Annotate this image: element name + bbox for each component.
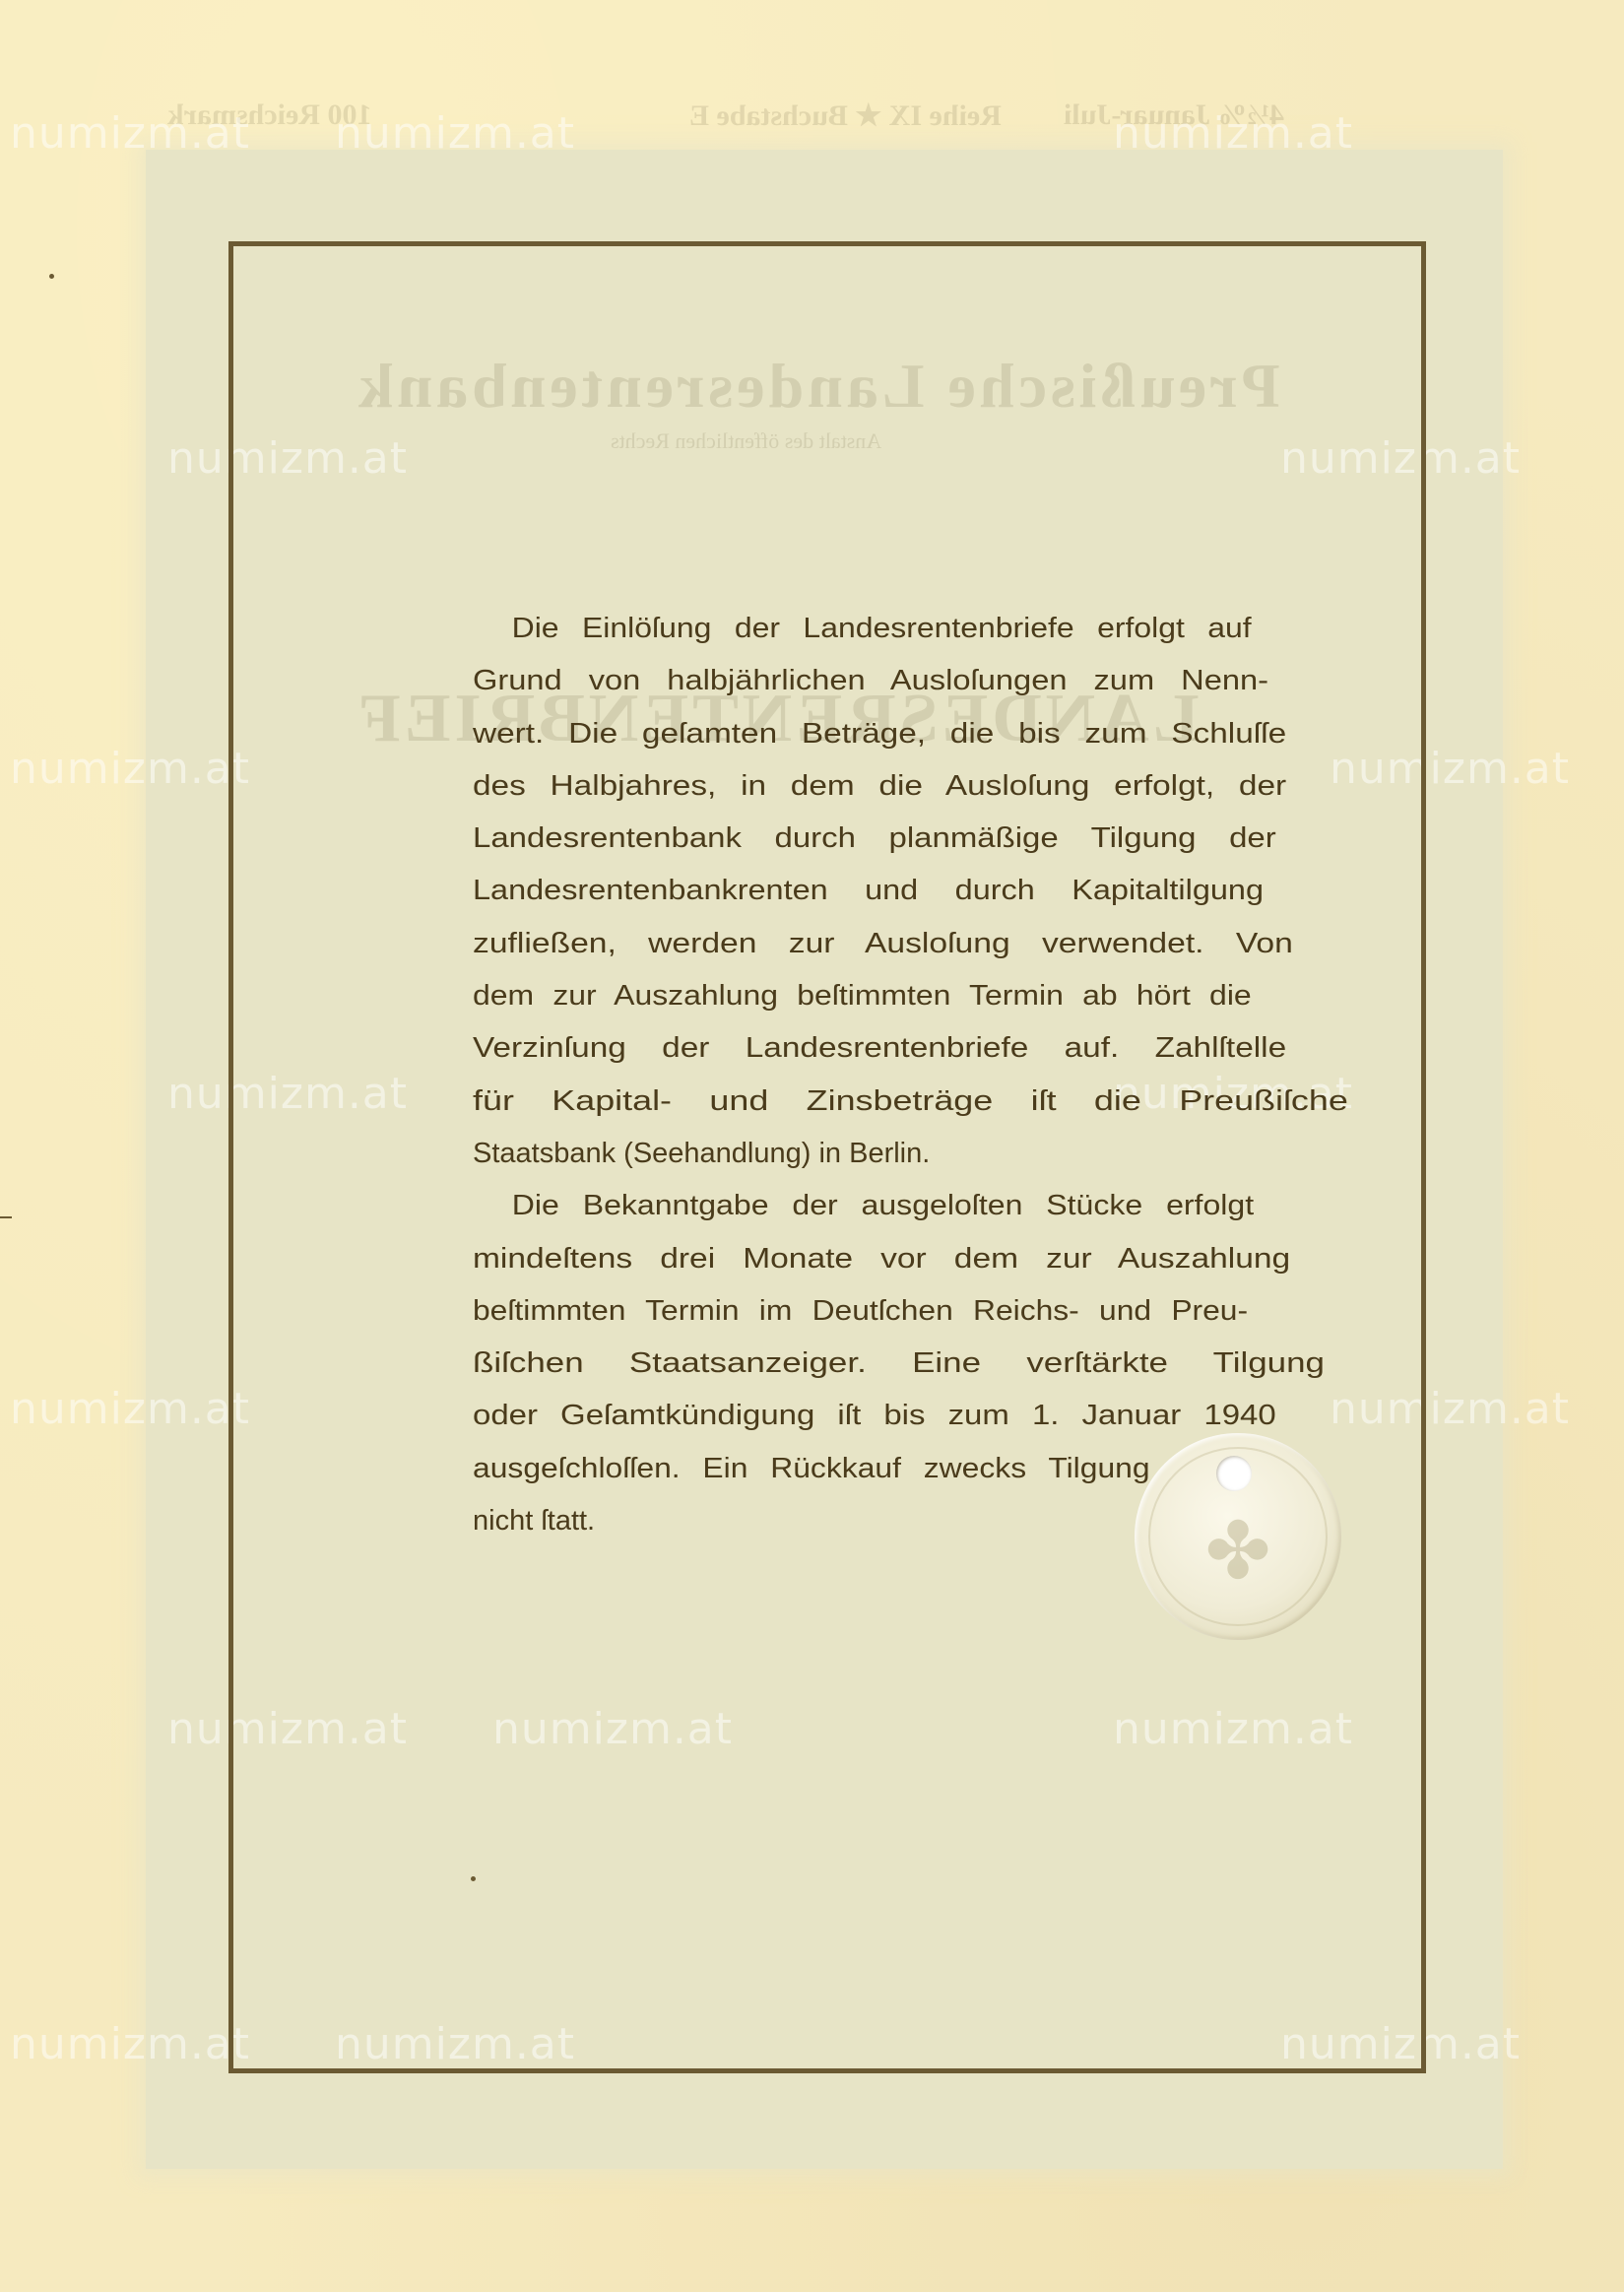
paragraph-announcement: Die Bekanntgabe der ausgeloſten Stücke e… [473, 1180, 1180, 1547]
watermark: numizm.at [10, 2019, 250, 2069]
text-line: ausgeſchloſſen. Ein Rückkauf zwecks Tilg… [473, 1443, 1249, 1495]
text-line: Landesrentenbank durch planmäßige Tilgun… [473, 813, 1276, 865]
ink-speck [49, 274, 54, 279]
text-line: ßiſchen Staatsanzeiger. Eine verſtärkte … [473, 1338, 1325, 1390]
watermark: numizm.at [1113, 108, 1353, 159]
watermark: numizm.at [335, 108, 575, 159]
text-line: Staatsbank (Seehandlung) in Berlin. [473, 1128, 1180, 1180]
watermark: numizm.at [10, 1384, 250, 1434]
edge-mark [0, 1216, 12, 1218]
text-line: Landesrentenbankrenten und durch Kapital… [473, 865, 1264, 917]
text-line: mindeſtens drei Monate vor dem zur Ausza… [473, 1233, 1290, 1285]
text-line: zufließen, werden zur Ausloſung verwende… [473, 918, 1293, 970]
text-line: wert. Die geſamten Beträge, die bis zum … [473, 708, 1286, 760]
watermark: numizm.at [10, 108, 250, 159]
text-line: des Halbjahres, in dem die Ausloſung erf… [473, 760, 1286, 813]
text-line: beſtimmten Termin im Deutſchen Reichs- u… [473, 1285, 1248, 1338]
text-line: für Kapital- und Zinsbeträge iſt die Pre… [473, 1076, 1348, 1128]
eagle-emblem-icon: ✤ [1196, 1502, 1280, 1601]
text-line: Verzinſung der Landesrentenbriefe auf. Z… [473, 1022, 1286, 1075]
text-line: Die Einlöſung der Landesrentenbriefe erf… [473, 603, 1252, 655]
bleed-header-middle: Reihe IX ★ Buchstabe E [689, 98, 1002, 133]
text-line: dem zur Auszahlung beſtimmten Termin ab … [473, 970, 1252, 1022]
punch-hole [1216, 1456, 1252, 1491]
paragraph-redemption: Die Einlöſung der Landesrentenbriefe erf… [473, 603, 1180, 1180]
terms-text: Die Einlöſung der Landesrentenbriefe erf… [473, 603, 1180, 1547]
text-line: nicht ſtatt. [473, 1495, 1180, 1547]
text-line: Die Bekanntgabe der ausgeloſten Stücke e… [473, 1180, 1254, 1232]
text-line: Grund von halbjährlichen Ausloſungen zum… [473, 655, 1268, 707]
ink-speck [471, 1876, 476, 1881]
watermark: numizm.at [10, 744, 250, 794]
text-line: oder Geſamtkündigung iſt bis zum 1. Janu… [473, 1390, 1276, 1442]
